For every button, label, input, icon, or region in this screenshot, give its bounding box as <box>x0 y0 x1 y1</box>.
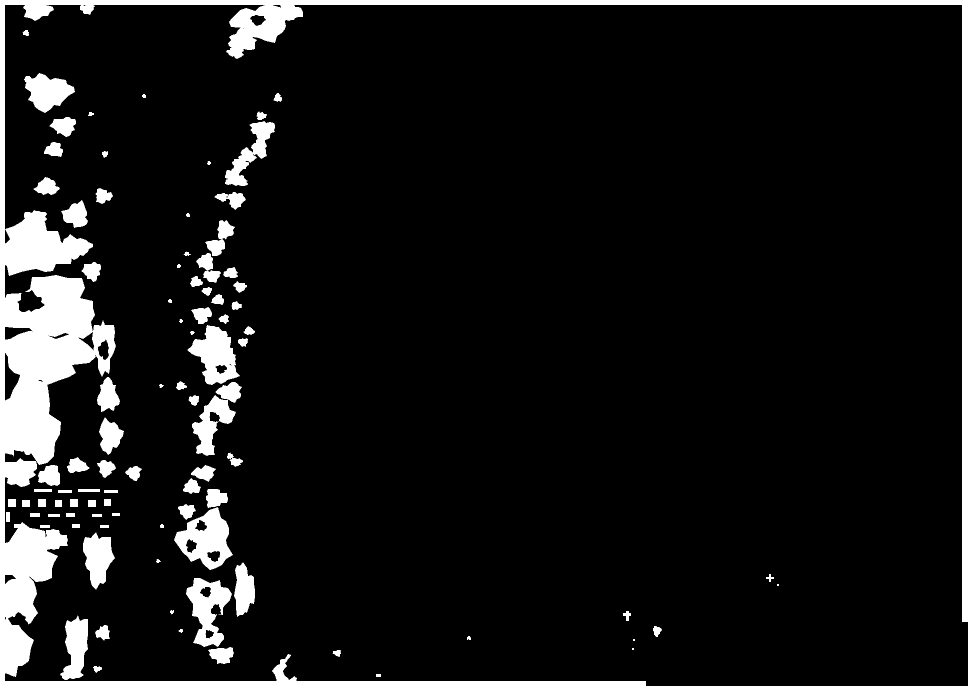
speck <box>632 648 634 650</box>
speck <box>112 513 120 516</box>
speck <box>58 490 72 493</box>
speck <box>22 500 30 507</box>
speck <box>623 613 631 616</box>
speck <box>6 512 10 522</box>
speck <box>72 524 80 528</box>
speck <box>38 499 46 507</box>
border-strip <box>0 0 968 5</box>
speck <box>70 499 78 507</box>
border-strip <box>0 681 646 686</box>
speck <box>14 524 22 528</box>
speck <box>88 500 96 507</box>
binarized-image <box>0 0 968 686</box>
border-strip <box>962 0 968 622</box>
speck <box>78 489 100 492</box>
speck <box>376 674 381 677</box>
speck <box>8 499 16 507</box>
speck <box>769 574 771 582</box>
figure-frame <box>0 0 968 686</box>
speck <box>34 489 52 492</box>
speck <box>104 499 111 506</box>
speck <box>104 490 118 493</box>
speck <box>66 513 75 517</box>
speck <box>30 513 40 517</box>
speck <box>777 584 779 586</box>
speck <box>100 525 109 528</box>
speck <box>48 514 60 517</box>
speck <box>92 514 102 517</box>
speck <box>40 525 50 528</box>
speck <box>633 639 635 641</box>
image-background <box>0 0 968 686</box>
speck <box>55 500 62 507</box>
